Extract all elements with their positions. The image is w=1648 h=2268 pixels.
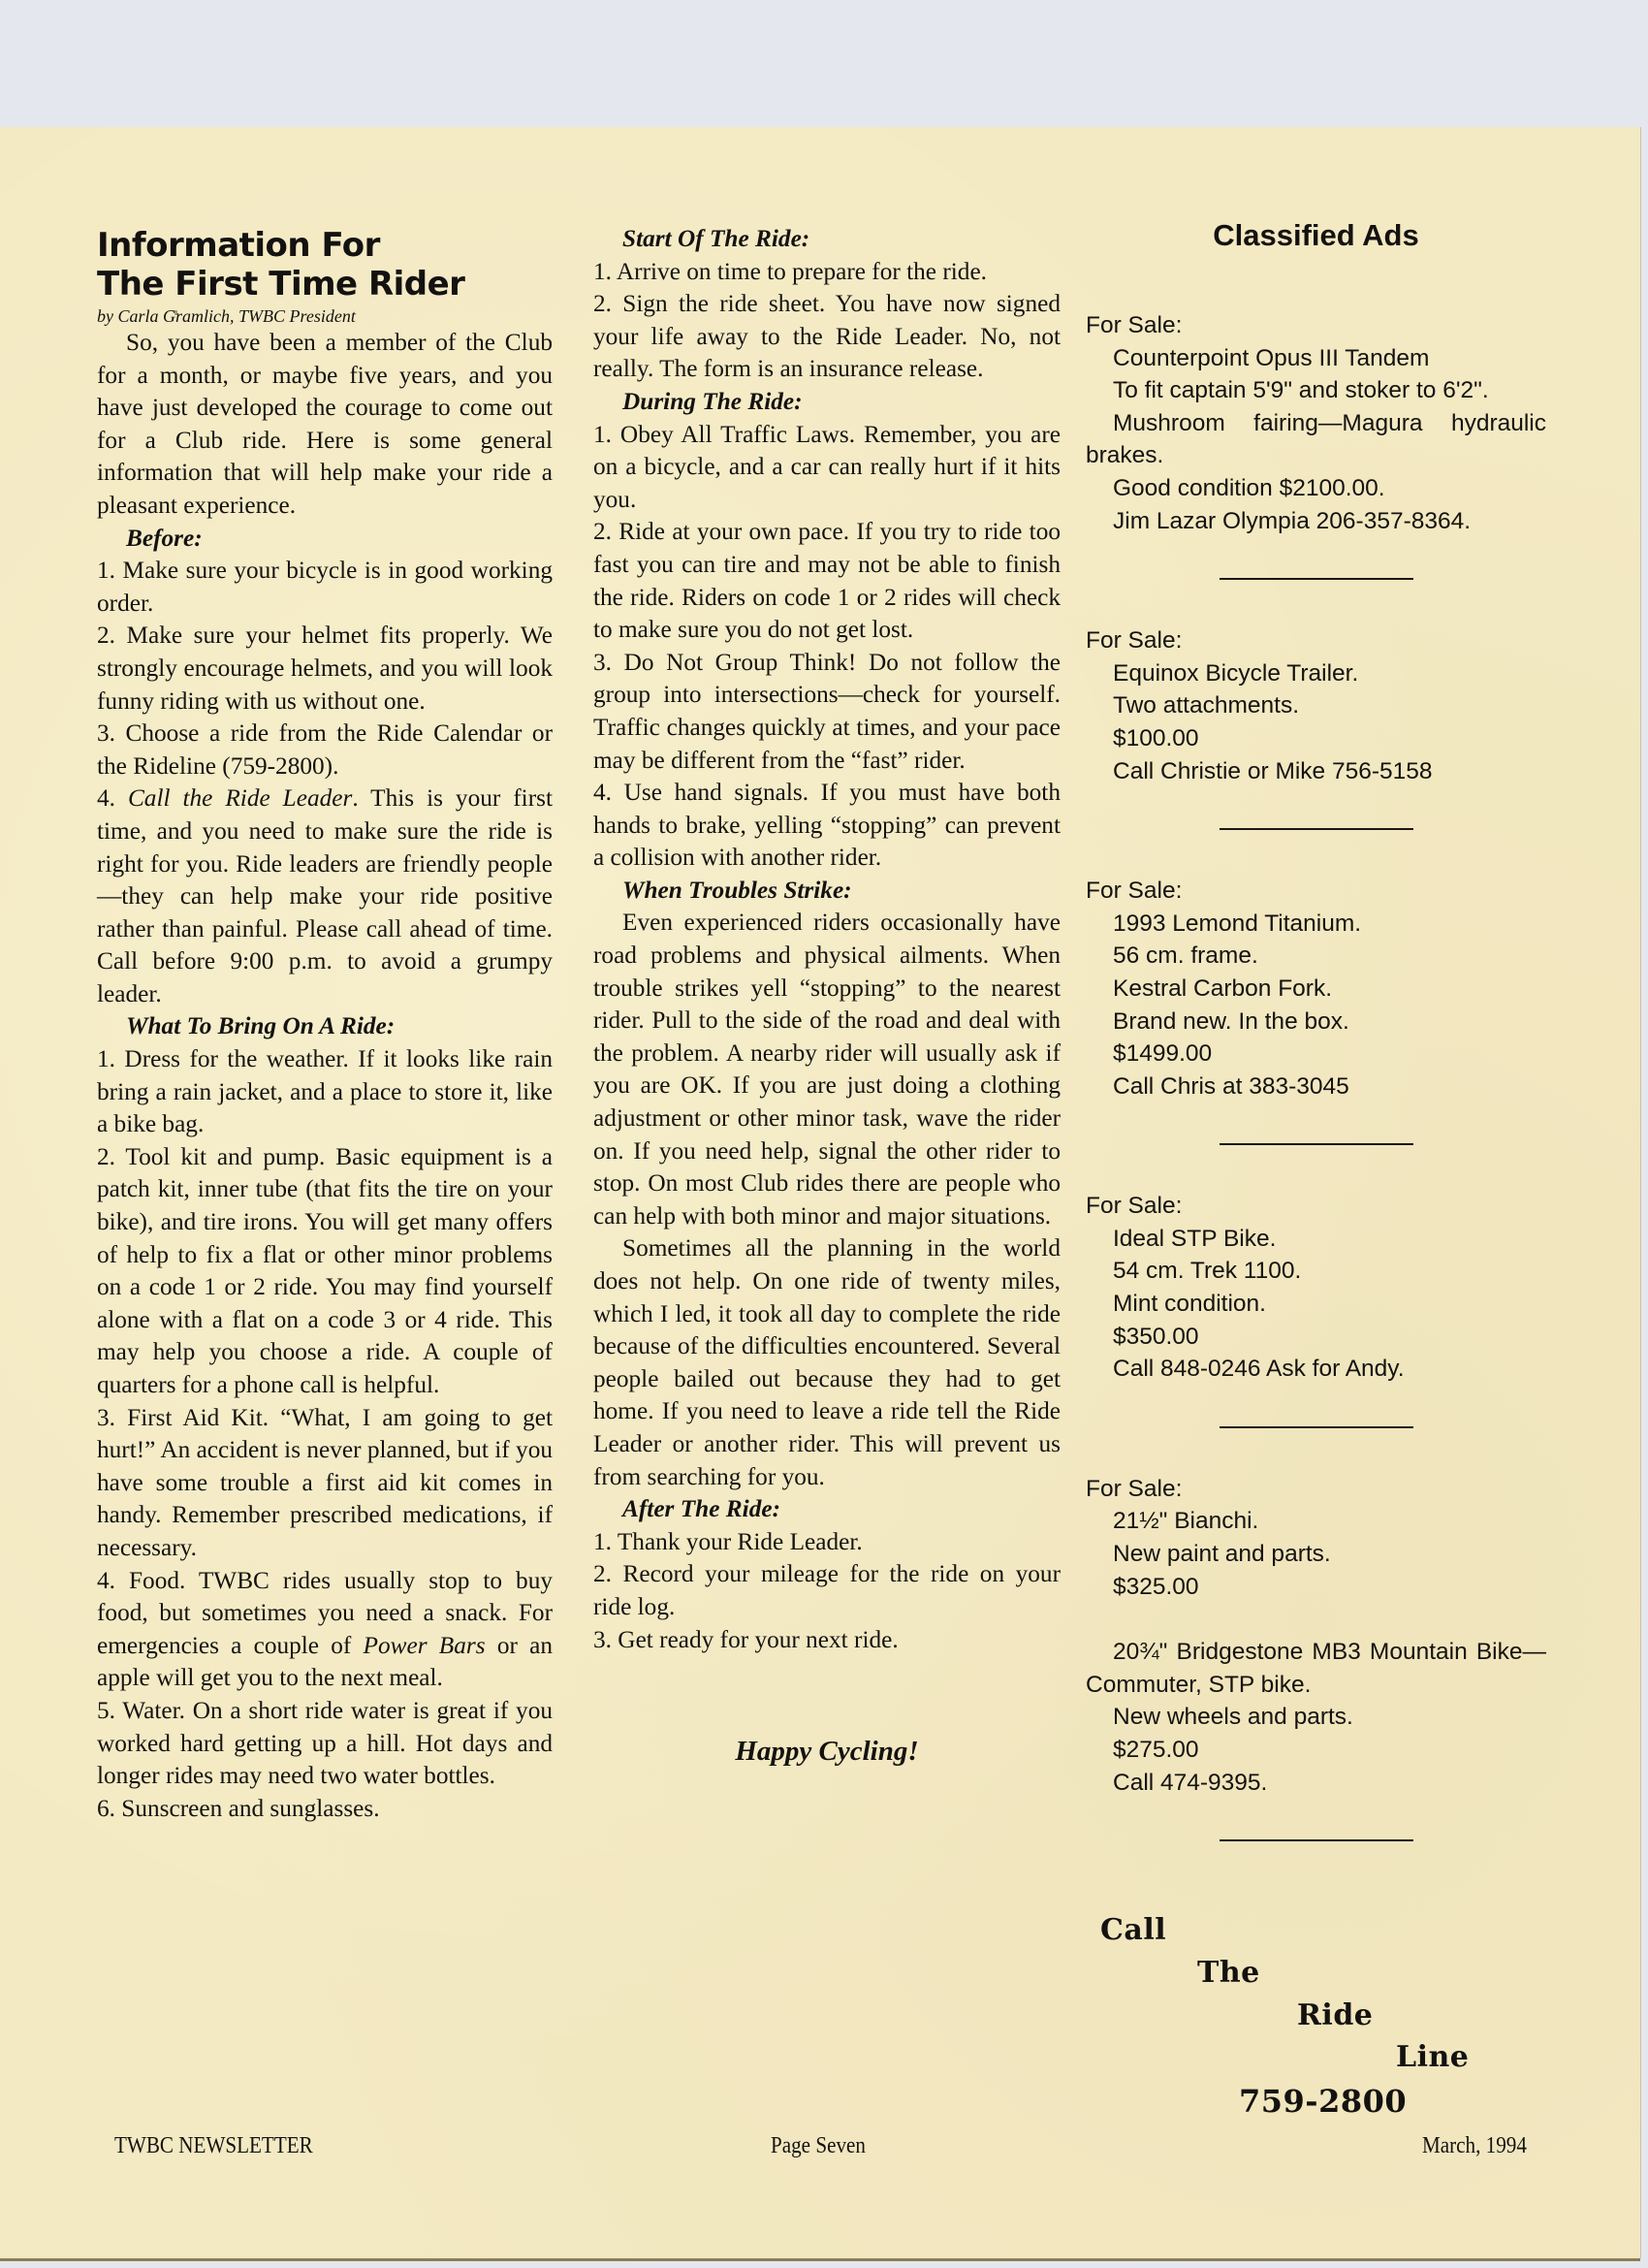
- rideline-word-the: The: [1197, 1956, 1260, 1990]
- list-item: 2. Make sure your helmet fits properly. …: [97, 620, 553, 718]
- list-item: 2. Ride at your own pace. If you try to …: [593, 516, 1061, 646]
- classified-ad: For Sale:Equinox Bicycle Trailer.Two att…: [1086, 624, 1546, 787]
- list-item: 3. Do Not Group Think! Do not follow the…: [593, 647, 1061, 777]
- ad-line: 1993 Lemond Titanium.: [1086, 908, 1546, 941]
- list-item: 1. Obey All Traffic Laws. Remember, you …: [593, 419, 1061, 517]
- ad-line: Two attachments.: [1086, 689, 1546, 722]
- ad-line: Equinox Bicycle Trailer.: [1086, 657, 1546, 690]
- subhead-after: After The Ride:: [593, 1493, 1061, 1526]
- list-item: 4. Food. TWBC rides usually stop to buy …: [97, 1565, 553, 1695]
- ad-line: To fit captain 5'9" and stoker to 6'2".: [1086, 374, 1546, 407]
- ad-line: $100.00: [1086, 722, 1546, 755]
- list-item: 5. Water. On a short ride water is great…: [97, 1695, 553, 1793]
- classified-ad: For Sale:21½" Bianchi.New paint and part…: [1086, 1473, 1546, 1799]
- ad-line: New paint and parts.: [1086, 1538, 1546, 1571]
- list-item: 2. Tool kit and pump. Basic equipment is…: [97, 1141, 553, 1402]
- rideline-word-line: Line: [1396, 2040, 1469, 2074]
- paragraph: Even experienced riders occasionally hav…: [593, 907, 1061, 1232]
- list-item: 1. Make sure your bicycle is in good wor…: [97, 555, 553, 620]
- ad-line: Ideal STP Bike.: [1086, 1223, 1546, 1256]
- list-text: . This is your first time, and you need …: [97, 784, 553, 1007]
- rideline-callout: Call The Ride Line 759-2800: [1086, 1913, 1546, 2117]
- title-line-2: The First Time Rider: [97, 265, 464, 303]
- subhead-troubles: When Troubles Strike:: [593, 875, 1061, 908]
- ad-line: Good condition $2100.00.: [1086, 472, 1546, 505]
- closing-line: Happy Cycling!: [593, 1736, 1061, 1768]
- ad-line: Mushroom fairing—Magura hydraulic brakes…: [1086, 407, 1546, 472]
- page-edge: [0, 2258, 1640, 2261]
- footer-date: March, 1994: [1422, 2133, 1527, 2159]
- emphasis-text: Power Bars: [364, 1632, 486, 1659]
- intro-paragraph: So, you have been a member of the Club f…: [97, 327, 553, 523]
- article-column-2: Start Of The Ride: 1. Arrive on time to …: [593, 223, 1061, 1768]
- ad-line: Brand new. In the box.: [1086, 1006, 1546, 1038]
- list-item: 2. Sign the ride sheet. You have now sig…: [593, 288, 1061, 386]
- subhead-start: Start Of The Ride:: [593, 223, 1061, 256]
- list-number: 4.: [97, 784, 128, 812]
- ad-line: New wheels and parts.: [1086, 1701, 1546, 1734]
- list-item: 1. Thank your Ride Leader.: [593, 1526, 1061, 1559]
- rideline-phone: 759-2800: [1239, 2083, 1407, 2120]
- ad-label: For Sale:: [1086, 1190, 1546, 1223]
- ad-line: Call 474-9395.: [1086, 1767, 1546, 1800]
- ad-label: For Sale:: [1086, 624, 1546, 657]
- classifieds-column: Classified Ads For Sale:Counterpoint Opu…: [1086, 218, 1546, 2117]
- title-line-1: Information For: [97, 226, 380, 265]
- paragraph: Sometimes all the planning in the world …: [593, 1232, 1061, 1493]
- list-item: 3. Get ready for your next ride.: [593, 1624, 1061, 1657]
- ad-line: $1499.00: [1086, 1038, 1546, 1070]
- ad-line: $350.00: [1086, 1321, 1546, 1354]
- article-body-2: Start Of The Ride: 1. Arrive on time to …: [593, 223, 1061, 1656]
- list-item: 2. Record your mileage for the ride on y…: [593, 1558, 1061, 1623]
- list-item: 1. Dress for the weather. If it looks li…: [97, 1043, 553, 1141]
- classifieds-title: Classified Ads: [1086, 218, 1546, 253]
- ad-line: Mint condition.: [1086, 1288, 1546, 1321]
- ad-line: Jim Lazar Olympia 206-357-8364.: [1086, 505, 1546, 538]
- footer-page-number: Page Seven: [771, 2133, 866, 2159]
- article-title: Information For The First Time Rider: [97, 226, 553, 303]
- ad-divider: [1220, 578, 1413, 580]
- ad-line: Counterpoint Opus III Tandem: [1086, 342, 1546, 375]
- ad-line: $275.00: [1086, 1734, 1546, 1767]
- subhead-before: Before:: [97, 523, 553, 556]
- ad-line: Kestral Carbon Fork.: [1086, 973, 1546, 1006]
- ad-label: For Sale:: [1086, 875, 1546, 908]
- ad-line: Call Chris at 383-3045: [1086, 1070, 1546, 1103]
- ad-divider: [1220, 1839, 1413, 1841]
- ad-divider: [1220, 1426, 1413, 1428]
- ad-spacer: [1086, 1603, 1546, 1636]
- emphasis-text: Call the Ride Leader: [128, 784, 352, 812]
- list-item: 3. Choose a ride from the Ride Calendar …: [97, 718, 553, 783]
- rideline-word-ride: Ride: [1297, 1998, 1373, 2032]
- classified-ad: For Sale:Counterpoint Opus III TandemTo …: [1086, 309, 1546, 537]
- ad-line: 20¾" Bridgestone MB3 Mountain Bike—Commu…: [1086, 1636, 1546, 1701]
- article-body-1: So, you have been a member of the Club f…: [97, 327, 553, 1825]
- ad-line: 54 cm. Trek 1100.: [1086, 1255, 1546, 1288]
- ad-divider: [1220, 1143, 1413, 1145]
- byline: by Carla Gramlich, TWBC President: [97, 305, 553, 327]
- rideline-word-call: Call: [1100, 1913, 1166, 1947]
- ad-line: 56 cm. frame.: [1086, 940, 1546, 973]
- list-item: 4. Call the Ride Leader. This is your fi…: [97, 783, 553, 1010]
- ad-divider: [1220, 828, 1413, 830]
- list-item: 3. First Aid Kit. “What, I am going to g…: [97, 1402, 553, 1565]
- list-item: 6. Sunscreen and sunglasses.: [97, 1793, 553, 1826]
- ad-label: For Sale:: [1086, 309, 1546, 342]
- ad-line: Call 848-0246 Ask for Andy.: [1086, 1353, 1546, 1386]
- classified-ad: For Sale:1993 Lemond Titanium.56 cm. fra…: [1086, 875, 1546, 1102]
- ad-line: Call Christie or Mike 756-5158: [1086, 755, 1546, 788]
- ad-line: $325.00: [1086, 1571, 1546, 1604]
- classified-ad: For Sale:Ideal STP Bike.54 cm. Trek 1100…: [1086, 1190, 1546, 1386]
- ad-label: For Sale:: [1086, 1473, 1546, 1506]
- list-item: 1. Arrive on time to prepare for the rid…: [593, 256, 1061, 289]
- list-item: 4. Use hand signals. If you must have bo…: [593, 777, 1061, 875]
- footer-newsletter-name: TWBC NEWSLETTER: [114, 2133, 313, 2159]
- classified-ads-list: For Sale:Counterpoint Opus III TandemTo …: [1086, 309, 1546, 1841]
- subhead-during: During The Ride:: [593, 386, 1061, 419]
- subhead-what-to-bring: What To Bring On A Ride:: [97, 1010, 553, 1043]
- ad-line: 21½" Bianchi.: [1086, 1505, 1546, 1538]
- article-column-1: Information For The First Time Rider by …: [97, 226, 553, 1825]
